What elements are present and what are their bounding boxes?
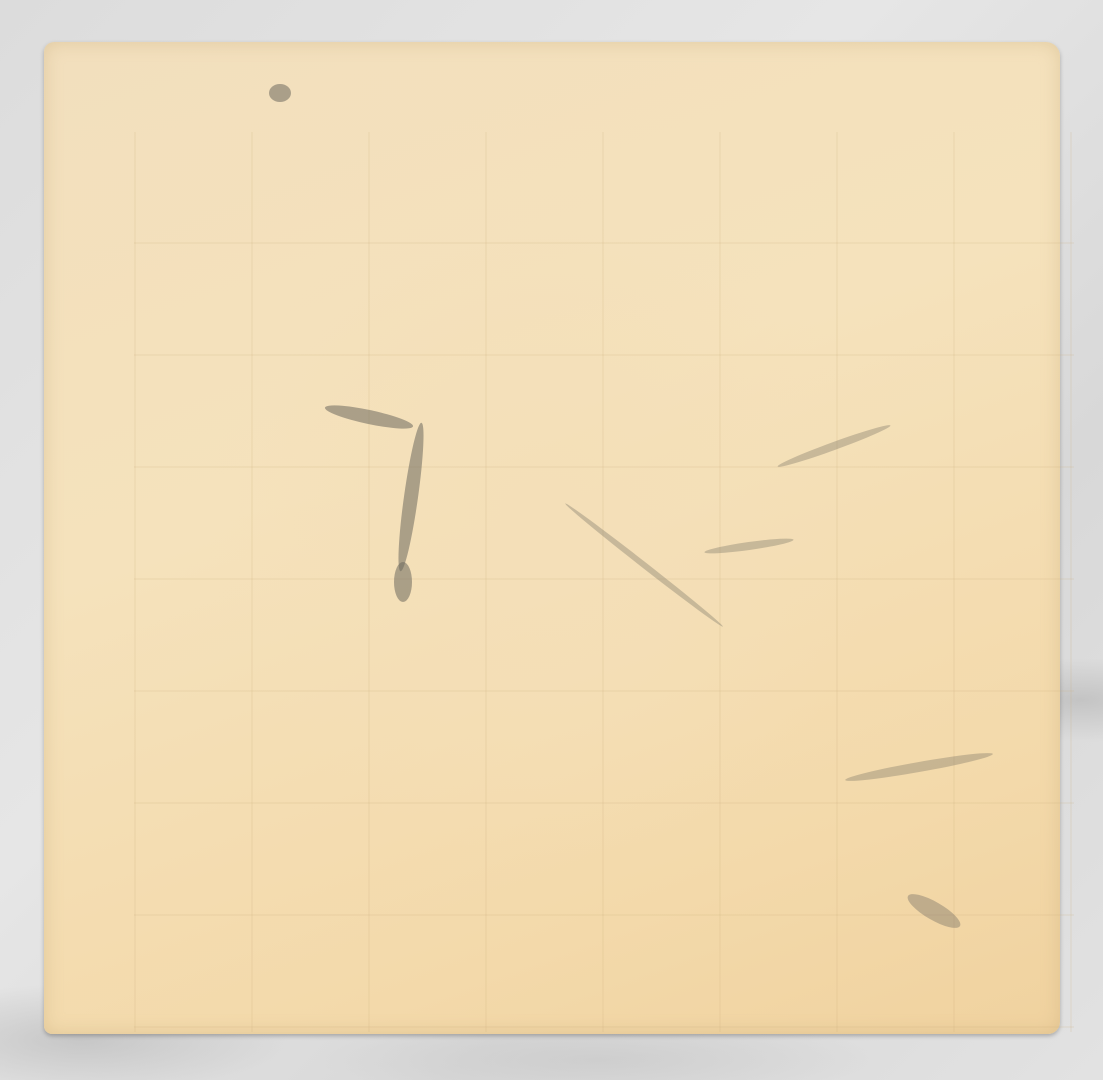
stain xyxy=(269,84,291,102)
ceramic-tile: back of unglazed ceramic tile xyxy=(44,42,1060,1034)
tile-back-grid-pattern xyxy=(134,132,1074,1032)
stain xyxy=(394,562,412,602)
